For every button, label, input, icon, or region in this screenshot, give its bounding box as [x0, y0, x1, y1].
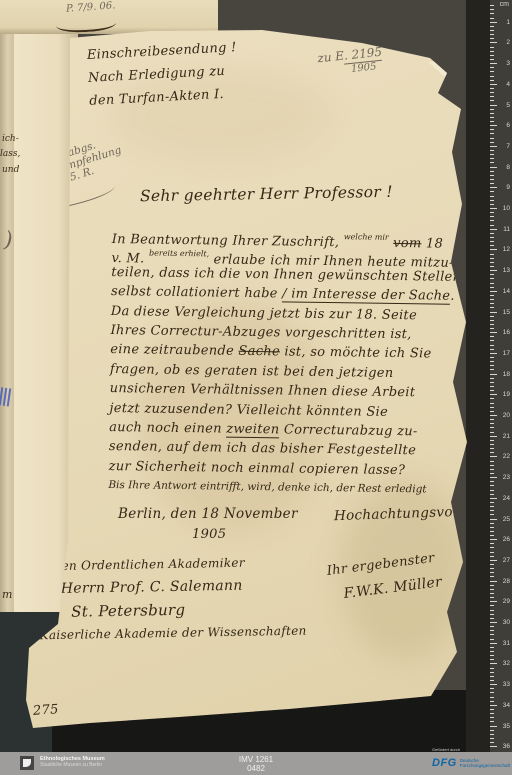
- ruler-tick: [490, 216, 494, 217]
- scan-viewer: P. 7/9. 06. ich- lass, und m ) Einschrei…: [0, 0, 512, 775]
- date-line: Berlin, den 18 November Hochachtungsvoll: [118, 506, 462, 522]
- ruler-number: 2: [506, 39, 510, 46]
- ruler-tick: [490, 113, 494, 114]
- letter-line: Bis Ihre Antwort eintrifft, wird, denke …: [108, 476, 464, 500]
- ruler-tick: [490, 411, 494, 412]
- ruler-tick: [490, 535, 494, 536]
- ruler-tick: [490, 220, 494, 221]
- ruler-tick: [490, 473, 494, 474]
- ruler-number: 11: [503, 226, 510, 233]
- ruler-number: 15: [503, 309, 510, 316]
- ruler-tick: [490, 92, 494, 93]
- ruler-tick: [490, 349, 494, 350]
- ruler-tick: [490, 610, 494, 611]
- ruler-tick: [490, 162, 494, 163]
- ruler-tick: [490, 353, 497, 354]
- ruler-tick: [490, 378, 494, 379]
- ruler-tick: [490, 142, 494, 143]
- ruler-number: 23: [503, 474, 510, 481]
- ruler-tick: [490, 365, 494, 366]
- ruler-number: 13: [503, 267, 510, 274]
- ruler-tick: [490, 547, 494, 548]
- ruler-tick: [490, 67, 494, 68]
- ruler-tick: [490, 307, 494, 308]
- ruler-tick: [490, 154, 494, 155]
- ruler-tick: [490, 121, 494, 122]
- ruler-tick: [490, 55, 494, 56]
- ruler-tick: [490, 332, 497, 333]
- ruler-tick: [490, 514, 494, 515]
- ruler-tick: [490, 692, 494, 693]
- ruler-tick: [490, 589, 494, 590]
- ruler-tick: [490, 295, 494, 296]
- ruler-number: 32: [503, 660, 510, 667]
- routing-note: Einschreibesendung ! Nach Erledigung zu …: [86, 36, 239, 113]
- ruler-tick: [490, 266, 494, 267]
- ruler-tick: [490, 407, 494, 408]
- ruler-tick: [490, 688, 494, 689]
- ruler-tick: [490, 709, 494, 710]
- ruler-tick: [490, 225, 494, 226]
- ruler-tick: [490, 274, 494, 275]
- ruler-unit-label: cm: [500, 1, 509, 8]
- ruler-number: 26: [503, 536, 510, 543]
- ruler-tick: [490, 672, 494, 673]
- ruler-tick: [490, 233, 494, 234]
- ruler-tick: [490, 200, 494, 201]
- ruler-tick: [490, 655, 494, 656]
- ruler-tick: [490, 705, 497, 706]
- ruler-tick: [490, 63, 497, 64]
- ruler-tick: [490, 5, 494, 6]
- ruler-tick: [490, 129, 494, 130]
- ruler-tick: [490, 84, 497, 85]
- dfg-name: Deutsche Forschungsgemeinschaft: [460, 758, 510, 768]
- ruler-tick: [490, 336, 494, 337]
- ruler-tick: [490, 361, 494, 362]
- ruler-tick: [490, 212, 494, 213]
- ruler-tick: [490, 684, 497, 685]
- ruler-number: 18: [503, 371, 510, 378]
- ruler-tick: [490, 51, 494, 52]
- top-pencil-note: P. 7/9. 06.: [66, 0, 116, 14]
- ruler-tick: [490, 605, 494, 606]
- ruler-tick: [490, 171, 494, 172]
- address-block: An den Ordentlichen Akademiker Herrn Pro…: [32, 551, 307, 648]
- ruler-tick: [490, 345, 494, 346]
- ruler-tick: [490, 382, 494, 383]
- ruler-tick: [490, 713, 494, 714]
- ruler-number: 8: [506, 164, 510, 171]
- ruler-tick: [490, 146, 497, 147]
- ruler-tick: [490, 461, 494, 462]
- ruler-tick: [490, 9, 494, 10]
- ruler-tick: [490, 734, 494, 735]
- ruler-tick: [490, 237, 494, 238]
- top-note-paper: P. 7/9. 06.: [0, 0, 218, 34]
- ruler-tick: [490, 697, 494, 698]
- ruler-tick: [490, 133, 494, 134]
- ruler-tick: [490, 167, 497, 168]
- ruler-number: 34: [503, 702, 510, 709]
- ruler-tick: [490, 229, 497, 230]
- ruler-number: 10: [503, 205, 510, 212]
- valediction: Hochachtungsvoll: [334, 504, 463, 524]
- ruler-tick: [490, 328, 494, 329]
- ruler-tick: [490, 585, 494, 586]
- place-and-date: Berlin, den 18 November: [118, 506, 298, 522]
- footer-bar: Ethnologisches Museum Staatliche Museen …: [0, 752, 512, 775]
- ruler-tick: [490, 270, 497, 271]
- ruler-number: 14: [503, 288, 510, 295]
- ruler-tick: [490, 38, 494, 39]
- ruler-tick: [490, 630, 494, 631]
- ruler-tick: [490, 22, 497, 23]
- ruler-tick: [490, 76, 494, 77]
- ruler-number: 22: [503, 453, 510, 460]
- ruler-tick: [490, 721, 494, 722]
- ruler-tick: [490, 390, 494, 391]
- ruler-tick: [490, 597, 494, 598]
- ruler-tick: [490, 485, 494, 486]
- ruler-tick: [490, 531, 494, 532]
- ruler-tick: [490, 626, 494, 627]
- ruler-tick: [490, 183, 494, 184]
- ruler-tick: [490, 614, 494, 615]
- ruler-tick: [490, 26, 494, 27]
- ruler-number: 3: [506, 60, 510, 67]
- ruler-tick: [490, 502, 494, 503]
- ruler-tick: [490, 96, 494, 97]
- ruler-tick: [490, 100, 494, 101]
- ruler-tick: [490, 465, 494, 466]
- ruler-tick: [490, 374, 497, 375]
- ruler-tick: [490, 593, 494, 594]
- ruler-tick: [490, 494, 494, 495]
- ruler-tick: [490, 572, 494, 573]
- ruler-tick: [490, 47, 494, 48]
- ruler-tick: [490, 105, 497, 106]
- ruler-tick: [490, 138, 494, 139]
- address-line: Kaiserliche Akademie der Wissenschaften: [39, 620, 306, 648]
- torn-corner-fold: [428, 58, 454, 78]
- ruler-tick: [490, 324, 494, 325]
- ruler-number: 9: [506, 184, 510, 191]
- ruler-number: 20: [503, 412, 510, 419]
- ruler-tick: [490, 13, 494, 14]
- ruler-tick: [490, 498, 497, 499]
- ruler-tick: [490, 340, 494, 341]
- ruler-tick: [490, 539, 497, 540]
- ruler-number: 29: [503, 598, 510, 605]
- ruler-tick: [490, 254, 494, 255]
- file-reference-year: 1905: [344, 60, 383, 76]
- ruler-tick: [490, 556, 494, 557]
- ruler-number: 30: [503, 619, 510, 626]
- ruler-tick: [490, 560, 497, 561]
- ruler-number: 25: [503, 516, 510, 523]
- ruler-number: 21: [503, 433, 510, 440]
- ruler-tick: [490, 287, 494, 288]
- ruler-tick: [490, 448, 494, 449]
- ruler-number: 5: [506, 102, 510, 109]
- cm-ruler: cm 1234567891011121314151617181920212223…: [490, 0, 512, 752]
- ruler-tick: [490, 427, 494, 428]
- ruler-tick: [490, 490, 494, 491]
- dfg-logo-block: DFG Deutsche Forschungsgemeinschaft: [432, 758, 510, 769]
- ruler-tick: [490, 258, 494, 259]
- ruler-tick: [490, 601, 497, 602]
- ruler-tick: [490, 440, 494, 441]
- ruler-tick: [490, 564, 494, 565]
- ruler-tick: [490, 357, 494, 358]
- ruler-tick: [490, 452, 494, 453]
- ruler-tick: [490, 742, 494, 743]
- ruler-tick: [490, 187, 497, 188]
- handwriting-fragment: ich-: [2, 134, 19, 144]
- ruler-tick: [490, 398, 494, 399]
- dfg-logo: DFG: [432, 758, 457, 769]
- ruler-number: 12: [503, 246, 510, 253]
- ruler-number: 6: [506, 122, 510, 129]
- ruler-tick: [490, 394, 497, 395]
- ruler-tick: [490, 150, 494, 151]
- ruler-tick: [490, 369, 494, 370]
- ruler-tick: [490, 552, 494, 553]
- ruler-tick: [490, 510, 494, 511]
- ruler-tick: [490, 730, 494, 731]
- ruler-number: 28: [503, 578, 510, 585]
- ruler-tick: [490, 726, 497, 727]
- ruler-number: 33: [503, 681, 510, 688]
- ruler-tick: [490, 639, 494, 640]
- handwriting-fragment: m: [2, 588, 12, 601]
- ruler-tick: [490, 208, 497, 209]
- ruler-tick: [490, 576, 494, 577]
- ruler-tick: [490, 179, 494, 180]
- ruler-tick: [490, 312, 497, 313]
- funder-pretext: Gefördert durch: [432, 747, 460, 752]
- ruler-tick: [490, 568, 494, 569]
- ruler-tick: [490, 109, 494, 110]
- cut-off-handwriting: [56, 14, 117, 33]
- ruler-number: 19: [503, 391, 510, 398]
- ruler-tick: [490, 403, 494, 404]
- ruler-tick: [490, 88, 494, 89]
- ruler-number: 27: [503, 557, 510, 564]
- ruler-tick: [490, 30, 494, 31]
- ruler-tick: [490, 456, 497, 457]
- ruler-tick: [490, 299, 494, 300]
- ruler-number: 17: [503, 350, 510, 357]
- ruler-tick: [490, 618, 494, 619]
- ruler-tick: [490, 668, 494, 669]
- ruler-tick: [490, 59, 494, 60]
- background-gap: [466, 0, 490, 752]
- ruler-tick: [490, 444, 494, 445]
- ruler-tick: [490, 191, 494, 192]
- ruler-tick: [490, 663, 497, 664]
- ruler-tick: [490, 481, 494, 482]
- ruler-tick: [490, 622, 497, 623]
- ruler-tick: [490, 71, 494, 72]
- ruler-number: 4: [506, 81, 510, 88]
- ruler-tick: [490, 34, 494, 35]
- ruler-tick: [490, 676, 494, 677]
- ruler-tick: [490, 80, 494, 81]
- ruler-number: 7: [506, 143, 510, 150]
- ruler-number: 1: [506, 19, 510, 26]
- ruler-tick: [490, 634, 494, 635]
- ruler-tick: [490, 386, 494, 387]
- ruler-tick: [490, 506, 494, 507]
- ruler-tick: [490, 432, 494, 433]
- ruler-tick: [490, 245, 494, 246]
- ruler-tick: [490, 316, 494, 317]
- salutation: Sehr geehrter Herr Professor !: [140, 183, 393, 205]
- ruler-number: 36: [503, 743, 510, 750]
- ruler-tick: [490, 320, 494, 321]
- ruler-tick: [490, 249, 497, 250]
- ruler-tick: [490, 738, 494, 739]
- ruler-tick: [490, 158, 494, 159]
- ruler-tick: [490, 175, 494, 176]
- file-reference-note: zu E. 2195 1905: [317, 45, 384, 79]
- ruler-tick: [490, 196, 494, 197]
- ruler-tick: [490, 701, 494, 702]
- year: 1905: [192, 527, 226, 542]
- dfg-name-line2: Forschungsgemeinschaft: [460, 763, 510, 768]
- ruler-tick: [490, 477, 497, 478]
- letter-page[interactable]: Einschreibesendung ! Nach Erledigung zu …: [0, 0, 512, 775]
- ruler-tick: [490, 423, 494, 424]
- ruler-tick: [490, 527, 494, 528]
- ruler-tick: [490, 647, 494, 648]
- ruler-tick: [490, 303, 494, 304]
- ruler-tick: [490, 523, 494, 524]
- ruler-number: 24: [503, 495, 510, 502]
- ruler-tick: [490, 436, 497, 437]
- ruler-tick: [490, 469, 494, 470]
- ruler-tick: [490, 419, 494, 420]
- ruler-tick: [490, 117, 494, 118]
- ruler-tick: [490, 241, 494, 242]
- ruler-tick: [490, 651, 494, 652]
- handwriting-fragment: lass,: [0, 149, 20, 159]
- ruler-number: 31: [503, 640, 510, 647]
- ruler-tick: [490, 125, 497, 126]
- ruler-number: 16: [503, 329, 510, 336]
- letter-body: In Beantwortung Ihrer Zuschrift, welche …: [108, 224, 468, 500]
- ruler-tick: [490, 204, 494, 205]
- ruler-tick: [490, 283, 494, 284]
- ruler-tick: [490, 659, 494, 660]
- ruler-tick: [490, 291, 497, 292]
- ruler-tick: [490, 581, 497, 582]
- ruler-tick: [490, 415, 497, 416]
- ruler-tick: [490, 519, 497, 520]
- ruler-tick: [490, 262, 494, 263]
- ruler-tick: [490, 278, 494, 279]
- ruler-tick: [490, 746, 497, 747]
- ruler-tick: [490, 717, 494, 718]
- ruler-number: 35: [503, 723, 510, 730]
- handwriting-fragment: und: [2, 165, 19, 175]
- ruler-tick: [490, 18, 494, 19]
- folio-number: 275: [33, 702, 60, 719]
- ruler-tick: [490, 643, 497, 644]
- ruler-tick: [490, 543, 494, 544]
- ruler-tick: [490, 680, 494, 681]
- ruler-tick: [490, 42, 497, 43]
